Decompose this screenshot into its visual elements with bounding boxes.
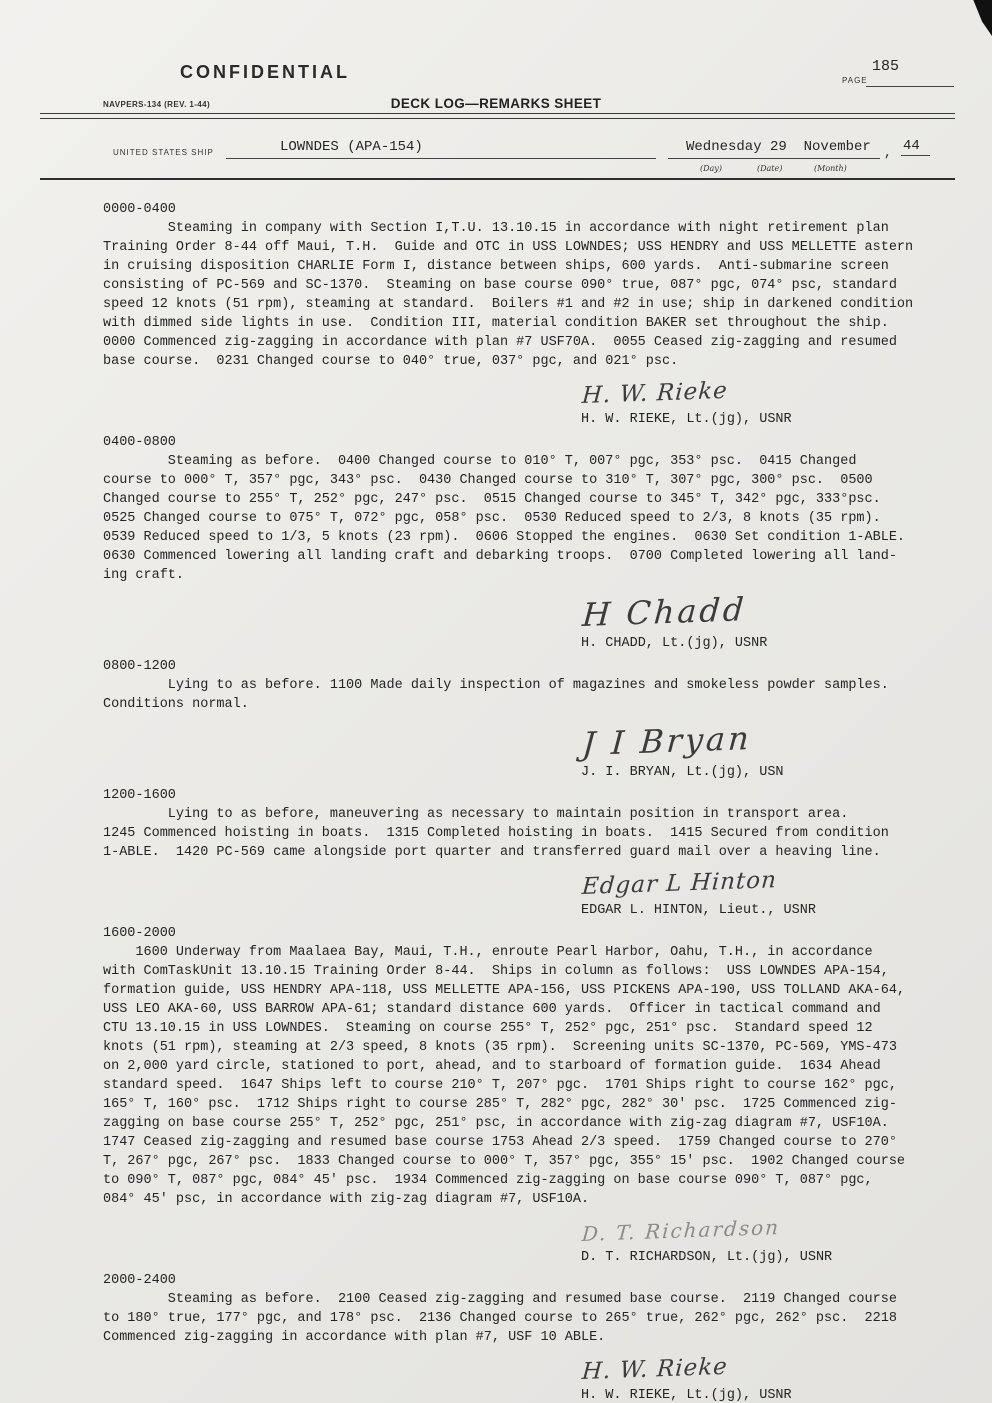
month-field-label: (Month) (814, 164, 847, 173)
header-double-rule (40, 113, 955, 119)
log-line: to 180° true, 177° pgc, and 178° psc. 21… (103, 1309, 936, 1328)
log-line: CTU 13.10.15 in USS LOWNDES. Steaming on… (103, 1019, 936, 1038)
log-section: 0400-0800 Steaming as before. 0400 Chang… (103, 433, 936, 653)
log-section: 2000-2400 Steaming as before. 2100 Cease… (103, 1271, 936, 1403)
log-line: speed 12 knots (51 rpm), steaming at sta… (103, 295, 936, 314)
sheet-title: DECK LOG—REMARKS SHEET (0, 96, 992, 111)
log-line: USS LEO AKA-60, USS BARROW APA-61; stand… (103, 1000, 936, 1019)
signature-typed: H. W. RIEKE, Lt.(jg), USNR (581, 411, 936, 429)
log-line: ing craft. (103, 566, 936, 585)
signature-block: Edgar L Hinton EDGAR L. HINTON, Lieut., … (581, 872, 936, 920)
day-field-label: (Day) (700, 164, 722, 173)
signature-block: D. T. Richardson D. T. RICHARDSON, Lt.(j… (581, 1219, 936, 1267)
signature-script: H. W. Rieke (581, 376, 729, 411)
signature-script: J I Bryan (581, 718, 753, 764)
log-section: 1200-1600 Lying to as before, maneuverin… (103, 786, 936, 920)
signature-block: J I Bryan J. I. BRYAN, Lt.(jg), USN (581, 724, 936, 782)
log-entries: 0000-0400 Steaming in company with Secti… (0, 190, 992, 1403)
log-line: T, 267° pgc, 267° psc. 1833 Changed cour… (103, 1152, 936, 1171)
log-line: course to 000° T, 357° pgc, 343° psc. 04… (103, 471, 936, 490)
section-time-range: 1200-1600 (103, 786, 936, 805)
log-section: 0000-0400 Steaming in company with Secti… (103, 200, 936, 429)
page-label: PAGE (842, 76, 868, 85)
section-time-range: 0000-0400 (103, 200, 936, 219)
log-line: 165° T, 160° psc. 1712 Ships right to co… (103, 1095, 936, 1114)
log-line: Steaming in company with Section I,T.U. … (103, 219, 936, 238)
signature-block: H. W. Rieke H. W. RIEKE, Lt.(jg), USNR (581, 1357, 936, 1403)
year-value: 44 (901, 138, 930, 156)
log-line: to 090° T, 087° pgc, 084° 45' psc. 1934 … (103, 1171, 936, 1190)
date-field-label: (Date) (757, 164, 782, 173)
log-line: Steaming as before. 2100 Ceased zig-zagg… (103, 1290, 936, 1309)
signature-typed: H. W. RIEKE, Lt.(jg), USNR (581, 1387, 936, 1403)
header-heavy-rule (40, 178, 955, 180)
deck-log-page: CONFIDENTIAL 185 PAGE NAVPERS-134 (REV. … (0, 0, 992, 1403)
section-lines: Steaming as before. 0400 Changed course … (103, 452, 936, 585)
signature-script: H Chadd (581, 589, 748, 635)
log-line: 0000 Commenced zig-zagging in accordance… (103, 333, 936, 352)
signature-script: Edgar L Hinton (581, 865, 778, 902)
log-line: consisting of PC-569 and SC-1370. Steami… (103, 276, 936, 295)
section-lines: Lying to as before. 1100 Made daily insp… (103, 676, 936, 714)
log-line: Lying to as before, maneuvering as neces… (103, 805, 936, 824)
log-line: with ComTaskUnit 13.10.15 Training Order… (103, 962, 936, 981)
log-line: in cruising disposition CHARLIE Form I, … (103, 257, 936, 276)
log-line: 1600 Underway from Maalaea Bay, Maui, T.… (103, 943, 936, 962)
section-lines: Lying to as before, maneuvering as neces… (103, 805, 936, 862)
log-line: standard speed. 1647 Ships left to cours… (103, 1076, 936, 1095)
signature-typed: EDGAR L. HINTON, Lieut., USNR (581, 902, 936, 920)
signature-block: H. W. Rieke H. W. RIEKE, Lt.(jg), USNR (581, 381, 936, 429)
section-time-range: 1600-2000 (103, 924, 936, 943)
section-lines: Steaming in company with Section I,T.U. … (103, 219, 936, 371)
log-line: 0539 Reduced speed to 1/3, 5 knots (23 r… (103, 528, 936, 547)
section-time-range: 0400-0800 (103, 433, 936, 452)
year-prefix: , (884, 145, 892, 160)
ship-label: UNITED STATES SHIP (113, 148, 214, 157)
log-line: Training Order 8-44 off Maui, T.H. Guide… (103, 238, 936, 257)
log-line: 0630 Commenced lowering all landing craf… (103, 547, 936, 566)
form-header: CONFIDENTIAL 185 PAGE NAVPERS-134 (REV. … (0, 0, 992, 190)
signature-script: H. W. Rieke (581, 1352, 729, 1387)
log-line: 1-ABLE. 1420 PC-569 came alongside port … (103, 843, 936, 862)
signature-typed: J. I. BRYAN, Lt.(jg), USN (581, 764, 936, 782)
signature-typed: D. T. RICHARDSON, Lt.(jg), USNR (581, 1249, 936, 1267)
log-line: knots (51 rpm), steaming at 2/3 speed, 8… (103, 1038, 936, 1057)
log-section: 1600-2000 1600 Underway from Maalaea Bay… (103, 924, 936, 1267)
section-lines: Steaming as before. 2100 Ceased zig-zagg… (103, 1290, 936, 1347)
section-lines: 1600 Underway from Maalaea Bay, Maui, T.… (103, 943, 936, 1209)
section-time-range: 0800-1200 (103, 657, 936, 676)
section-time-range: 2000-2400 (103, 1271, 936, 1290)
classification-stamp: CONFIDENTIAL (180, 62, 350, 83)
log-line: Lying to as before. 1100 Made daily insp… (103, 676, 936, 695)
log-line: 0525 Changed course to 075° T, 072° pgc,… (103, 509, 936, 528)
log-line: 084° 45' psc, in accordance with zig-zag… (103, 1190, 936, 1209)
log-line: 1747 Ceased zig-zagging and resumed base… (103, 1133, 936, 1152)
log-line: Commenced zig-zagging in accordance with… (103, 1328, 936, 1347)
log-line: Steaming as before. 0400 Changed course … (103, 452, 936, 471)
log-section: 0800-1200 Lying to as before. 1100 Made … (103, 657, 936, 782)
signature-typed: H. CHADD, Lt.(jg), USNR (581, 635, 936, 653)
date-value: Wednesday 29 November (686, 139, 871, 155)
log-line: Changed course to 255° T, 252° pgc, 247°… (103, 490, 936, 509)
log-line: with dimmed side lights in use. Conditio… (103, 314, 936, 333)
log-line: formation guide, USS HENDRY APA-118, USS… (103, 981, 936, 1000)
log-line: base course. 0231 Changed course to 040°… (103, 352, 936, 371)
log-line: Conditions normal. (103, 695, 936, 714)
signature-script: D. T. Richardson (581, 1212, 781, 1249)
ship-name: LOWNDES (APA-154) (280, 139, 423, 155)
signature-block: H Chadd H. CHADD, Lt.(jg), USNR (581, 595, 936, 653)
page-number-underline (866, 72, 954, 87)
log-line: zagging on base course 255° T, 252° pgc,… (103, 1114, 936, 1133)
log-line: 1245 Commenced hoisting in boats. 1315 C… (103, 824, 936, 843)
log-line: on 2,000 yard circle, stationed to port,… (103, 1057, 936, 1076)
